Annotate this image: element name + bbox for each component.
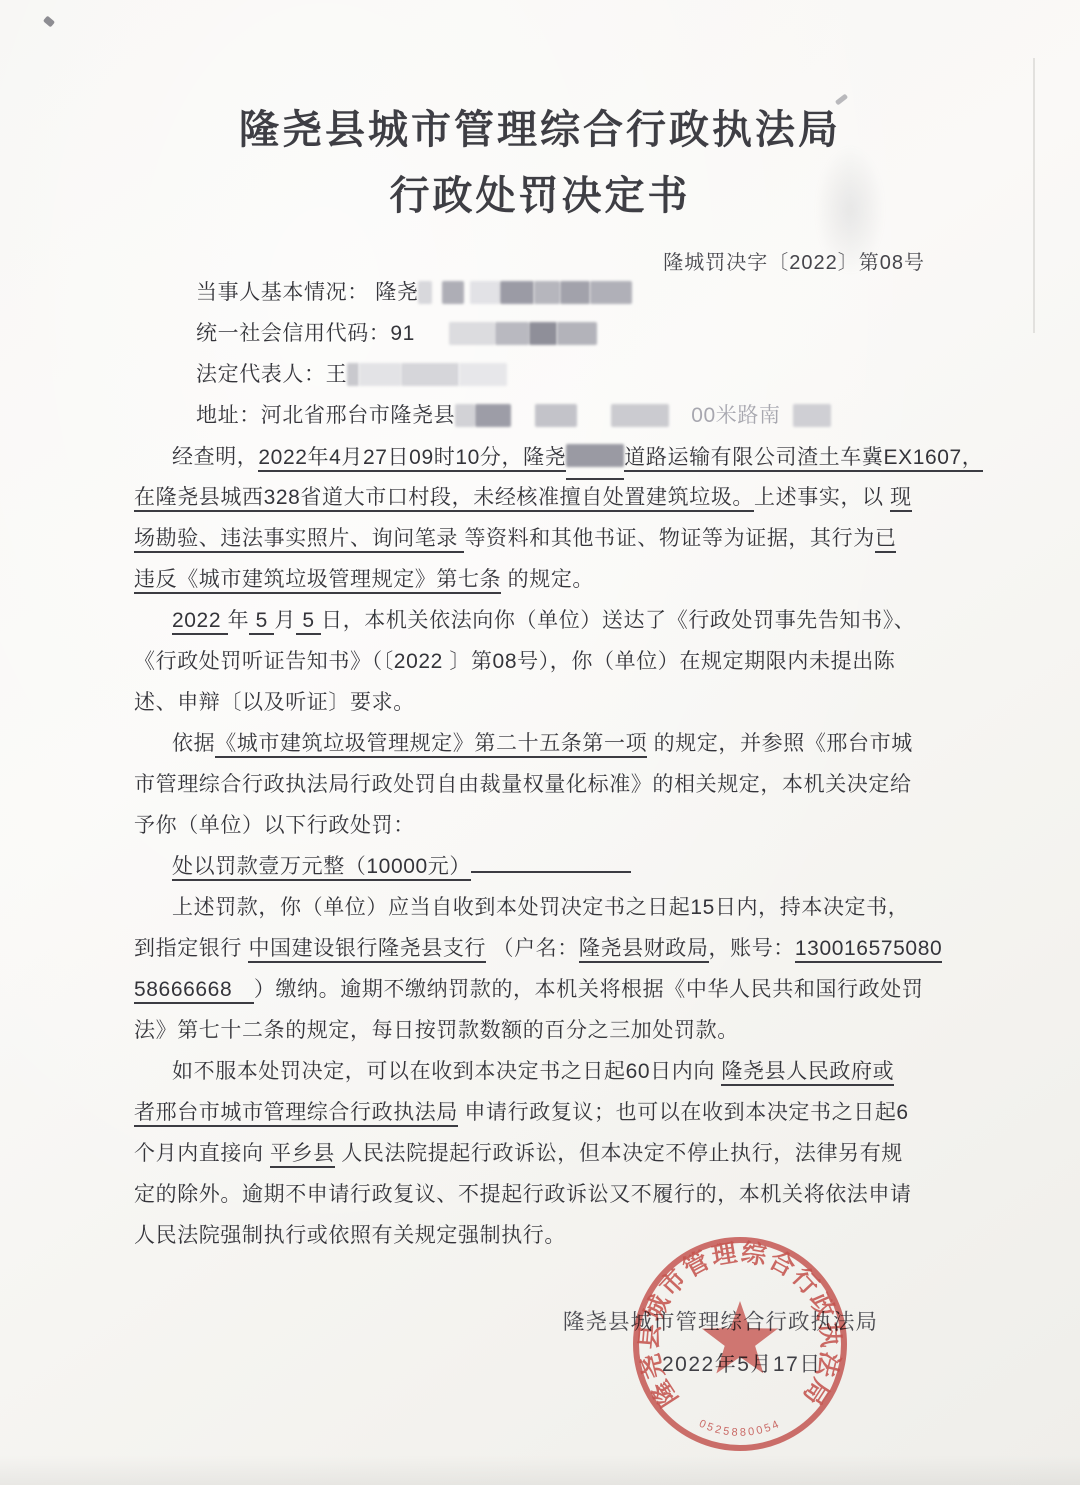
text-run: 的规定。: [501, 568, 594, 591]
text-run: 人民法院提起行政诉讼，但本决定不停止执行，法律另有规: [335, 1142, 903, 1165]
text-run: 月: [274, 609, 296, 632]
body-line: 处以罚款壹万元整（10000元）: [134, 846, 920, 887]
text-run: 年: [228, 609, 250, 632]
body-line: 市管理综合行政执法局行政处罚自由裁量权量化标准》的相关规定，本机关决定给: [134, 764, 920, 805]
text-run: 场勘验、违法事实照片、询问笔录: [134, 527, 464, 553]
text-run: 处以罚款壹万元整（10000元）: [172, 855, 471, 881]
text-run: 58666668: [134, 978, 254, 1004]
text-run: ，账号：: [709, 937, 795, 960]
body-line: 定的除外。逾期不申请行政复议、不提起行政诉讼又不履行的，本机关将依法申请: [134, 1174, 920, 1215]
text-run: 法定代表人：王: [196, 363, 347, 386]
text-run: 统一社会信用代码：91: [196, 322, 415, 345]
text-run: 在隆尧县城西328省道大市口村段，未经核准擅自处置建筑垃圾。: [134, 486, 754, 512]
text-run: 地址：河北省邢台市隆尧县: [196, 404, 455, 427]
body-line: 述、申辩〔以及听证〕要求。: [134, 682, 920, 723]
signature-agency: 隆尧县城市管理综合行政执法局: [563, 1305, 878, 1336]
text-run: 已: [875, 527, 897, 553]
body-line: 在隆尧县城西328省道大市口村段，未经核准擅自处置建筑垃圾。上述事实，以 现: [134, 477, 920, 518]
body-line: 法》第七十二条的规定，每日按罚款数额的百分之三加处罚款。: [134, 1010, 920, 1051]
document-title-type: 行政处罚决定书: [0, 164, 1080, 221]
body-line: 法定代表人：王: [134, 354, 920, 395]
body-line: 58666668 ）缴纳。逾期不缴纳罚款的，本机关将根据《中华人民共和国行政处罚: [134, 969, 920, 1010]
text-run: 5: [249, 609, 274, 635]
redaction-block: [781, 396, 831, 437]
text-run: 人民法院强制执行或依照有关规定强制执行。: [134, 1224, 566, 1247]
text-run: 《城市建筑垃圾管理规定》第二十五条第一项: [215, 732, 647, 758]
text-run: 中国建设银行隆尧县支行: [248, 937, 486, 963]
body-line: 人民法院强制执行或依照有关规定强制执行。: [134, 1215, 920, 1256]
text-run: 的规定，并参照《邢台市城: [647, 732, 913, 755]
redaction-block: [566, 436, 624, 480]
text-run: 《行政处罚听证告知书》（〔2022 〕第08号），你（单位）在规定期限内未提出陈: [134, 650, 895, 673]
text-run: 到指定银行: [134, 937, 248, 960]
text-run: ）缴纳。逾期不缴纳罚款的，本机关将根据《中华人民共和国行政处罚: [254, 978, 924, 1001]
text-run: 个月内直接向: [134, 1142, 270, 1165]
text-run: 平乡县: [270, 1142, 335, 1168]
text-run: 述、申辩〔以及听证〕要求。: [134, 691, 415, 714]
text-run: 5: [296, 609, 321, 635]
body-line: 《行政处罚听证告知书》（〔2022 〕第08号），你（单位）在规定期限内未提出陈: [134, 641, 920, 682]
text-run: 申请行政复议；也可以在收到本决定书之日起6: [458, 1101, 909, 1124]
text-run: 违反《城市建筑垃圾管理规定》第七条: [134, 568, 501, 594]
body-line: 依据《城市建筑垃圾管理规定》第二十五条第一项 的规定，并参照《邢台市城: [134, 723, 920, 764]
redaction-block: [418, 273, 632, 314]
body-line: 如不服本处罚决定，可以在收到本决定书之日起60日内向 隆尧县人民政府或: [134, 1051, 920, 1092]
text-run: 者邢台市城市管理综合行政执法局: [134, 1101, 458, 1127]
text-run: 隆尧县财政局: [579, 937, 709, 963]
text-run: 市管理综合行政执法局行政处罚自由裁量权量化标准》的相关规定，本机关决定给: [134, 773, 912, 796]
text-run: 2022: [172, 609, 228, 635]
text-run: 定的除外。逾期不申请行政复议、不提起行政诉讼又不履行的，本机关将依法申请: [134, 1183, 912, 1206]
text-run: 予你（单位）以下行政处罚：: [134, 814, 415, 837]
text-run: （户名：: [486, 937, 579, 960]
text-run: 依据: [172, 732, 215, 755]
text-run: 上述事实，以: [754, 486, 890, 509]
blank-underline: [471, 849, 631, 873]
text-run: 当事人基本情况： 隆尧: [196, 281, 418, 304]
text-run: 上述罚款，你（单位）应当自收到本处罚决定书之日起15日内，持本决定书，: [172, 896, 909, 919]
official-seal: 隆尧县城市管理综合行政执法局 13052588005429: [622, 1226, 858, 1462]
body-line: 违反《城市建筑垃圾管理规定》第七条 的规定。: [134, 559, 920, 600]
text-run: 130016575080: [795, 937, 942, 963]
text-run: 现: [890, 486, 912, 512]
body-line: 统一社会信用代码：91: [134, 313, 920, 354]
signature-date: 2022年5月17日: [662, 1348, 822, 1378]
body: 当事人基本情况： 隆尧统一社会信用代码：91法定代表人：王地址：河北省邢台市隆尧…: [134, 272, 920, 1256]
text-run: 2022年4月27日09时10分，隆尧: [258, 446, 566, 472]
scan-artifact: [43, 16, 55, 28]
text-run: 隆尧县人民政府或: [721, 1060, 894, 1086]
document-title-agency: 隆尧县城市管理综合行政执法局: [0, 98, 1080, 155]
text-run: 00米路南: [691, 404, 780, 427]
text-run: 日，本机关依法向你（单位）送达了《行政处罚事先告知书》、: [321, 609, 915, 632]
redaction-block: [415, 314, 597, 355]
redaction-block: [455, 396, 691, 437]
body-line: 予你（单位）以下行政处罚：: [134, 805, 920, 846]
redaction-block: [347, 355, 507, 396]
seal-ring: [636, 1240, 844, 1448]
body-line: 地址：河北省邢台市隆尧县00米路南: [134, 395, 920, 436]
text-run: 道路运输有限公司渣土车冀EX1607，: [624, 446, 983, 472]
body-line: 2022 年 5 月 5 日，本机关依法向你（单位）送达了《行政处罚事先告知书》…: [134, 600, 920, 641]
body-line: 者邢台市城市管理综合行政执法局 申请行政复议；也可以在收到本决定书之日起6: [134, 1092, 920, 1133]
body-line: 经查明，2022年4月27日09时10分，隆尧道路运输有限公司渣土车冀EX160…: [134, 436, 920, 477]
body-line: 到指定银行 中国建设银行隆尧县支行 （户名：隆尧县财政局，账号：13001657…: [134, 928, 920, 969]
text-run: 等资料和其他书证、物证等为证据，其行为: [464, 527, 874, 550]
text-run: 如不服本处罚决定，可以在收到本决定书之日起60日内向: [172, 1060, 721, 1083]
body-line: 场勘验、违法事实照片、询问笔录 等资料和其他书证、物证等为证据，其行为已: [134, 518, 920, 559]
body-line: 个月内直接向 平乡县 人民法院提起行政诉讼，但本决定不停止执行，法律另有规: [134, 1133, 920, 1174]
text-run: 法》第七十二条的规定，每日按罚款数额的百分之三加处罚款。: [134, 1019, 739, 1042]
document-number: 隆城罚决字〔2022〕第08号: [663, 246, 925, 275]
body-line: 当事人基本情况： 隆尧: [134, 272, 920, 313]
body-line: 上述罚款，你（单位）应当自收到本处罚决定书之日起15日内，持本决定书，: [134, 887, 920, 928]
document-page: 隆尧县城市管理综合行政执法局 行政处罚决定书 隆城罚决字〔2022〕第08号 当…: [0, 0, 1080, 1485]
text-run: 经查明，: [172, 446, 258, 469]
